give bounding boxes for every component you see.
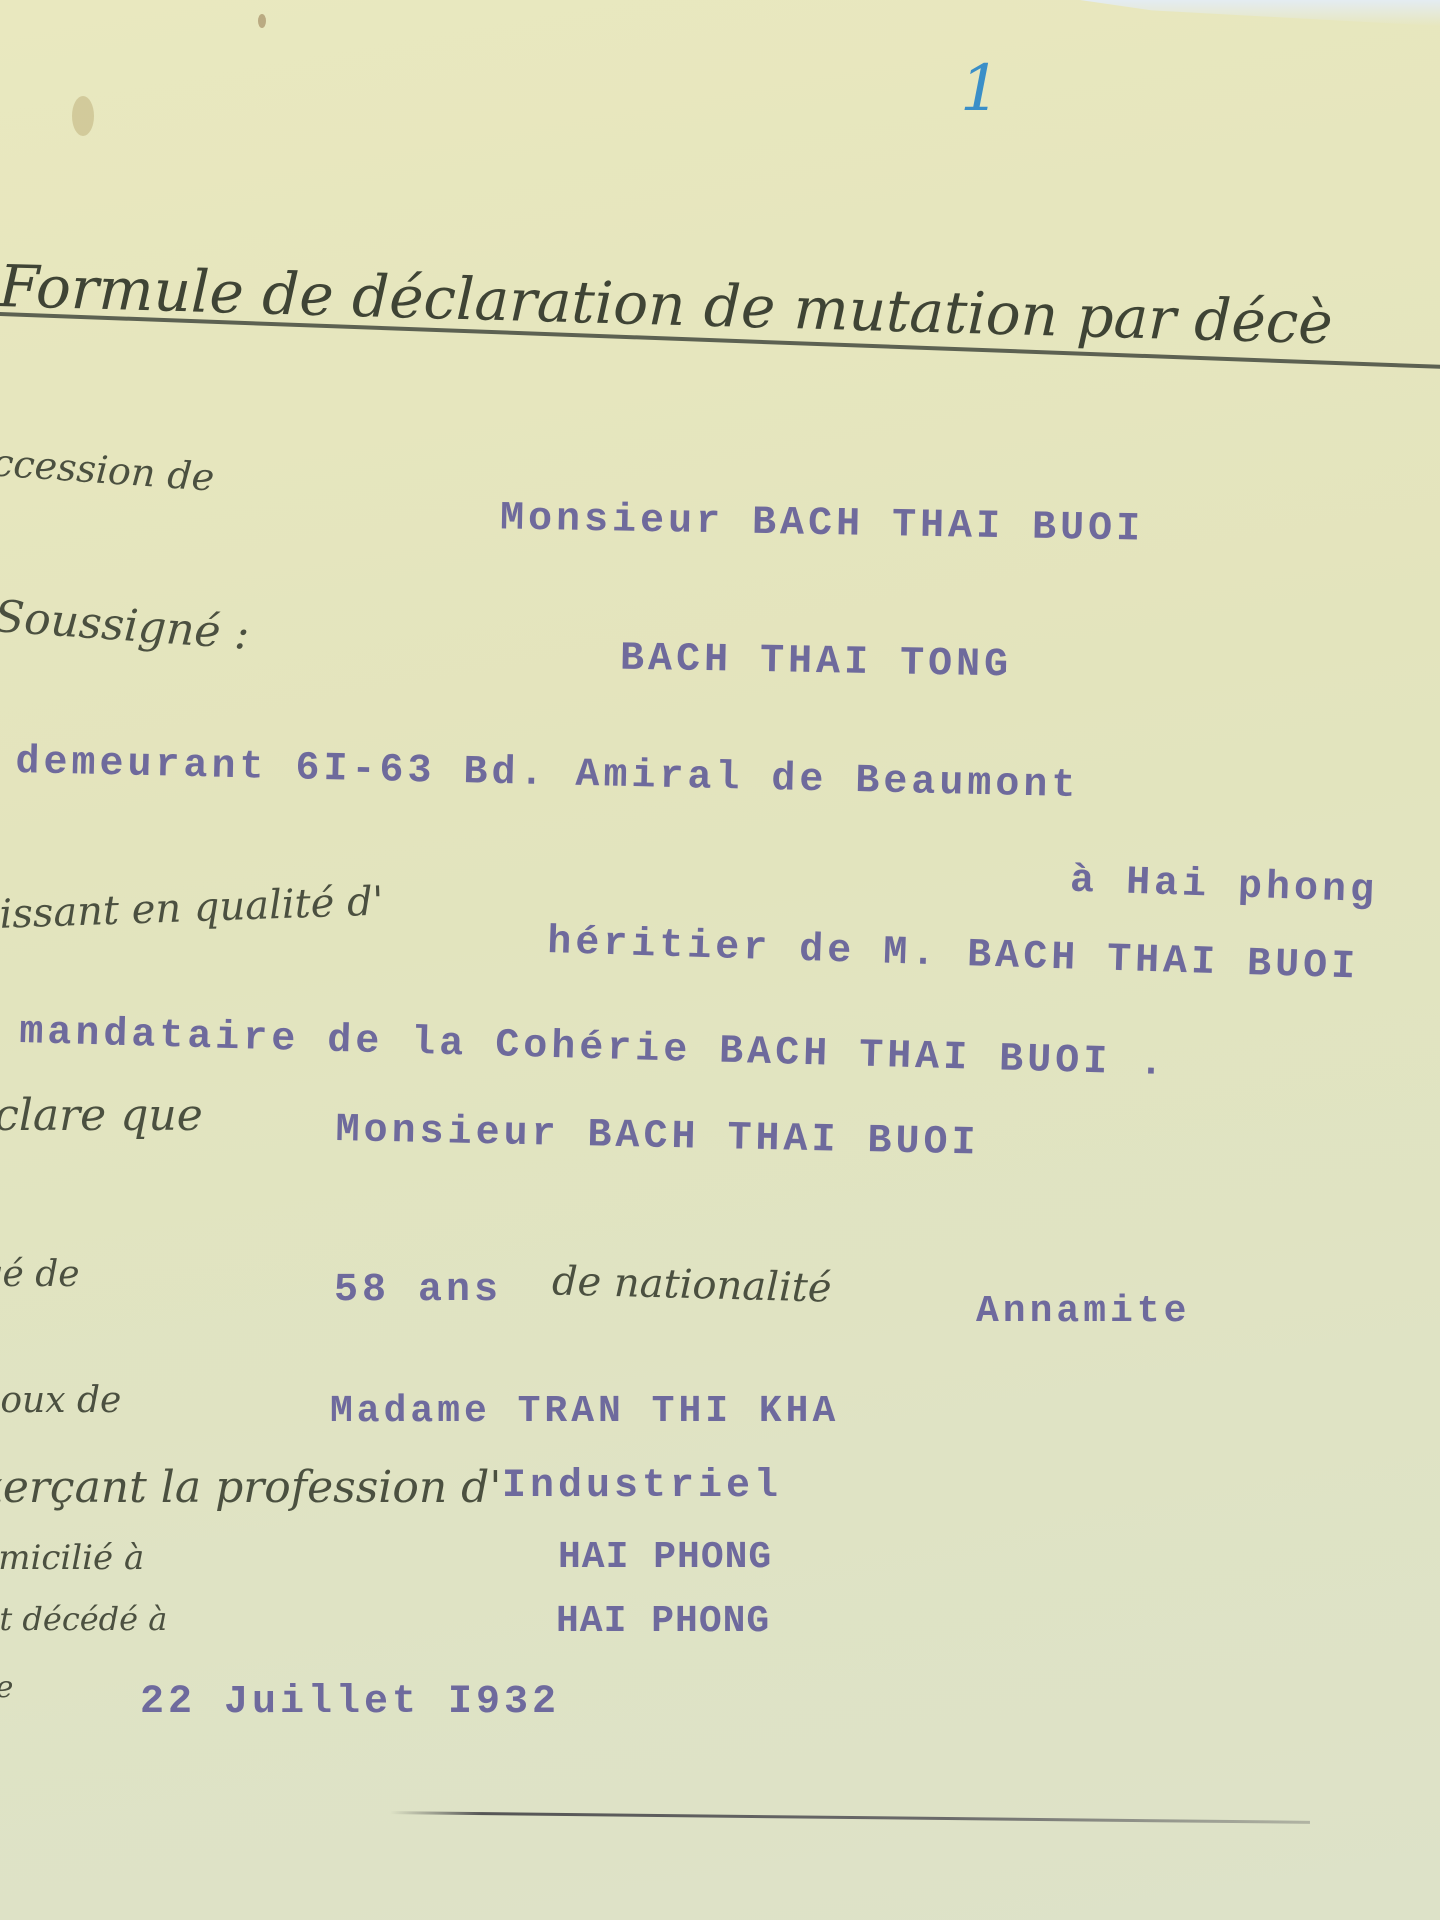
paper-stain: [72, 96, 94, 136]
value-deceased-name: Monsieur BACH THAI BUOI: [500, 496, 1145, 552]
value-death-place: HAI PHONG: [556, 1600, 770, 1643]
value-address-city: à Hai phong: [1069, 859, 1378, 915]
page-number: 1: [960, 52, 1001, 126]
document-title: Formule de déclaration de mutation par d…: [0, 252, 1334, 357]
value-domicile: HAI PHONG: [558, 1536, 772, 1579]
label-domicilie: domicilié à: [0, 1538, 144, 1578]
value-declarant-name: BACH THAI TONG: [620, 637, 1013, 689]
label-date: le: [0, 1670, 13, 1705]
value-declared-person: Monsieur BACH THAI BUOI: [335, 1108, 980, 1166]
label-nationalite: de nationalité: [551, 1258, 832, 1311]
label-epoux: époux de: [0, 1380, 121, 1421]
paper-top-edge: [0, 0, 1440, 26]
label-soussigne: Soussigné :: [0, 591, 251, 660]
value-spouse: Madame TRAN THI KHA: [330, 1390, 839, 1433]
signature-line: [390, 1811, 1310, 1824]
value-heir-of: héritier de M. BACH THAI BUOI: [547, 920, 1360, 990]
label-en-qualite: agissant en qualité d': [0, 878, 384, 939]
value-age: 58 ans: [334, 1268, 502, 1313]
value-profession: Industriel: [502, 1464, 782, 1509]
paper-stain: [258, 14, 266, 28]
label-age: âgé de: [0, 1254, 80, 1295]
value-mandataire: mandataire de la Cohérie BACH THAI BUOI …: [19, 1010, 1168, 1087]
label-succession: ccession de: [0, 440, 216, 499]
label-decede: est décédé à: [0, 1600, 167, 1638]
label-profession: exerçant la profession d': [0, 1462, 501, 1513]
label-declare-que: déclare que: [0, 1090, 203, 1141]
value-address: demeurant 6I-63 Bd. Amiral de Beaumont: [15, 740, 1080, 809]
value-death-date: 22 Juillet I932: [140, 1680, 560, 1725]
value-nationality: Annamite: [976, 1290, 1190, 1333]
